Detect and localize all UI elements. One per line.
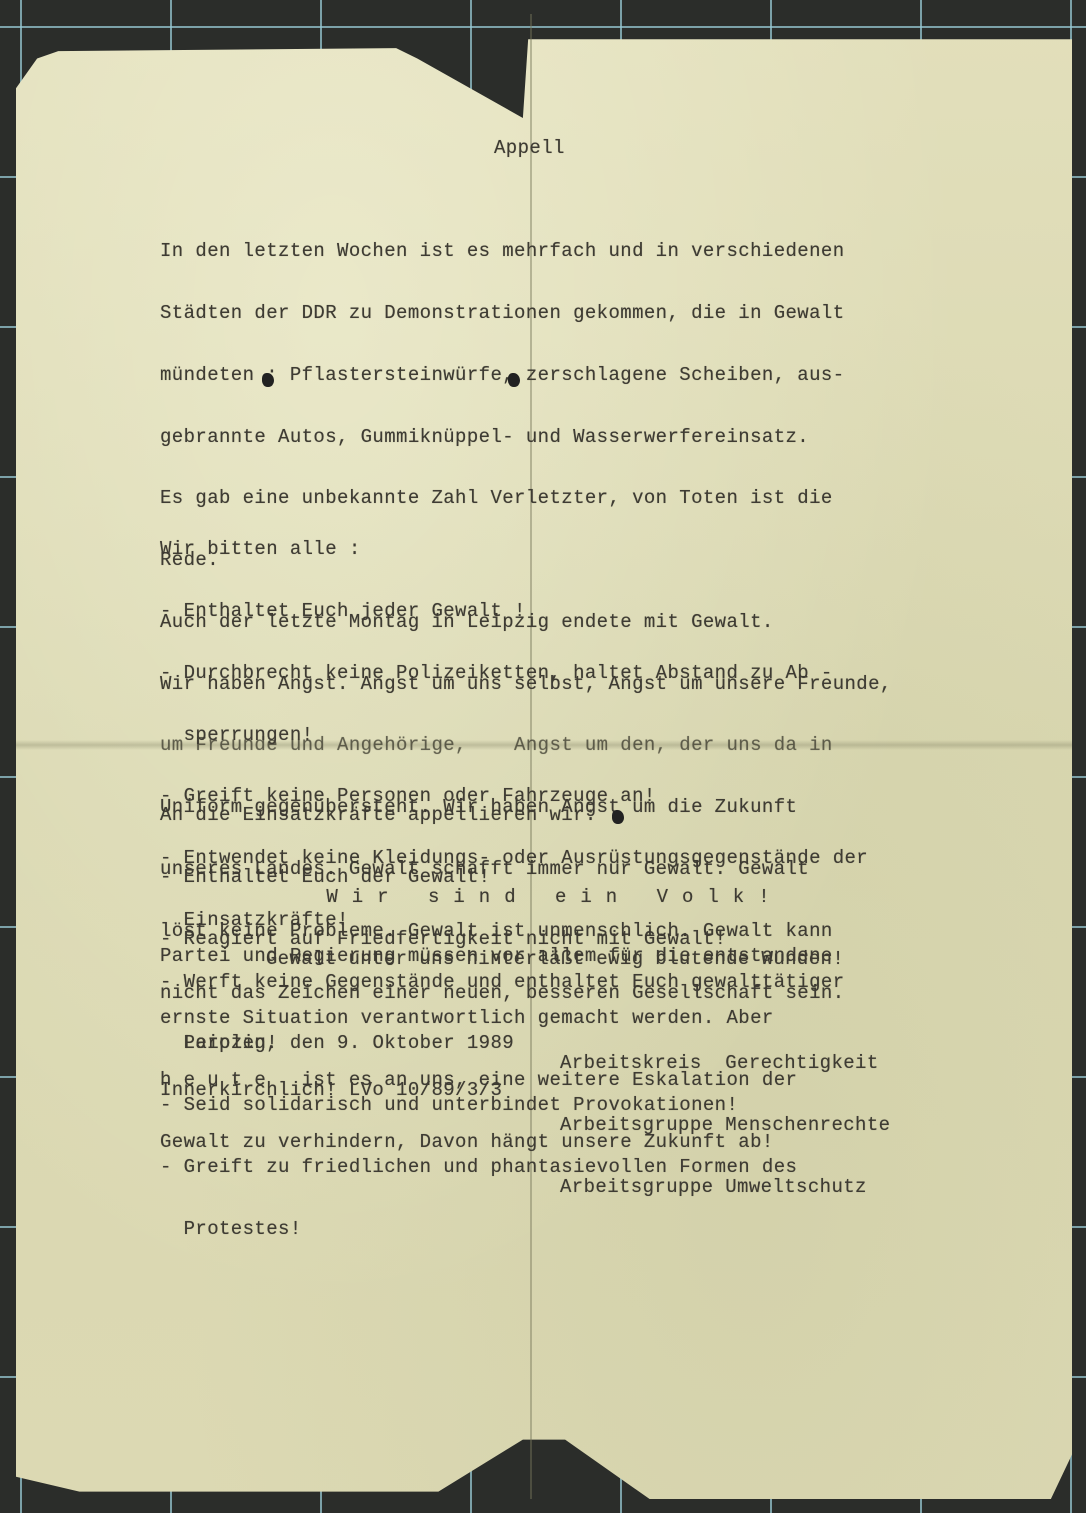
closing-line: Partei und Regierung müssen vor allem fü…: [160, 946, 833, 967]
intro-line: Städten der DDR zu Demonstrationen gekom…: [160, 303, 892, 324]
ink-blot: [508, 373, 520, 387]
ink-blot: [262, 373, 274, 387]
signatory: Arbeitsgruppe Menschenrechte: [560, 1115, 890, 1136]
forces-heading: An die Einsatzkräfte appellieren wir:: [160, 805, 727, 826]
intro-line: gebrannte Autos, Gummiknüppel- und Wasse…: [160, 427, 892, 448]
signatory: Arbeitskreis Gerechtigkeit: [560, 1053, 890, 1074]
signatory: Arbeitsgruppe Umweltschutz: [560, 1177, 890, 1198]
plea-heading: Wir bitten alle :: [160, 539, 868, 560]
plea-item: - Durchbrecht keine Polizeiketten, halte…: [160, 663, 868, 684]
footer-reference: Innerkirchlich! LVo 10/89/3/3: [160, 1080, 502, 1101]
ink-blot: [612, 810, 624, 824]
signature-block: Leipzig, den 9. Oktober 1989 Arbeitskrei…: [160, 1012, 514, 1074]
document-title: Appell: [494, 138, 565, 159]
plea-item: sperrungen!: [160, 725, 868, 746]
plea-item: - Enthaltet Euch jeder Gewalt !: [160, 601, 868, 622]
signatories: Arbeitskreis Gerechtigkeit Arbeitsgruppe…: [560, 1012, 890, 1239]
intro-line: In den letzten Wochen ist es mehrfach un…: [160, 241, 892, 262]
place-date: Leipzig, den 9. Oktober 1989: [184, 1032, 514, 1054]
